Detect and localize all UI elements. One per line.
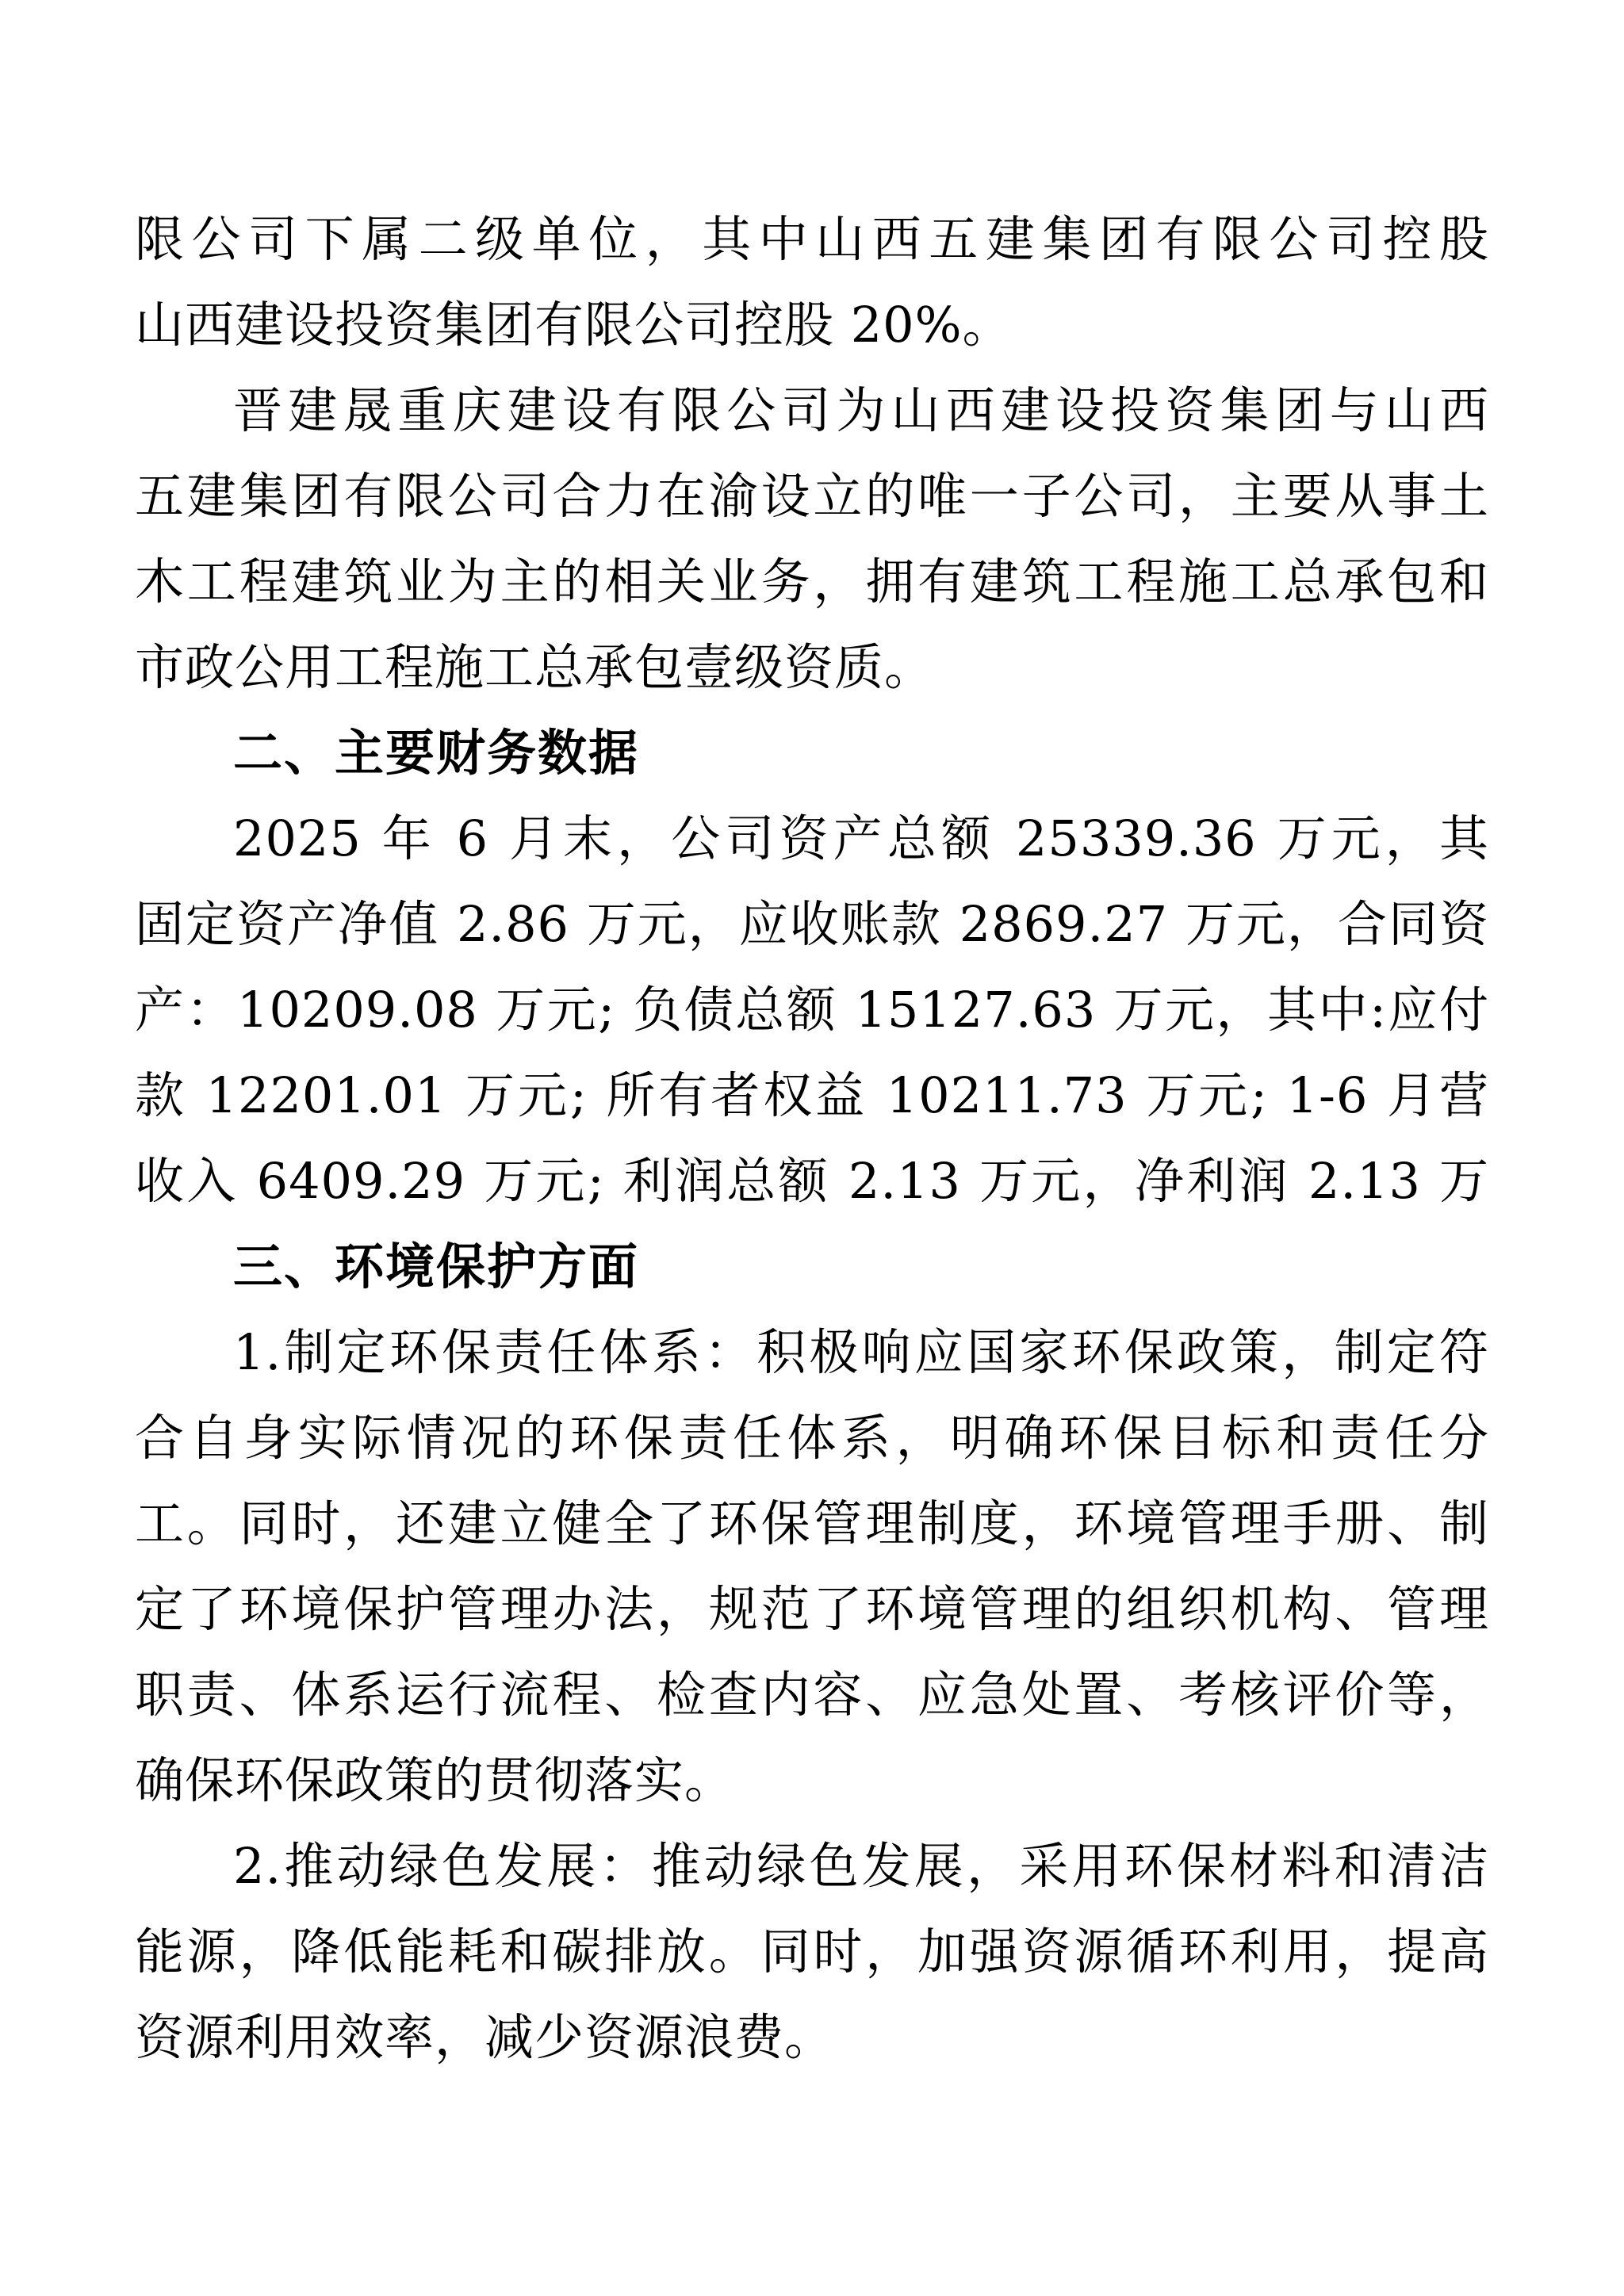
text-line: 五建集团有限公司合力在渝设立的唯一子公司，主要从事土 <box>135 453 1489 539</box>
text-line: 限公司下属二级单位，其中山西五建集团有限公司控股 80%， <box>135 197 1489 282</box>
text-line: 木工程建筑业为主的相关业务，拥有建筑工程施工总承包和 <box>135 539 1489 625</box>
text-line: 市政公用工程施工总承包壹级资质。 <box>135 625 1489 710</box>
text-line: 2025 年 6 月末，公司资产总额 25339.36 万元，其中： <box>135 796 1489 882</box>
text-line: 1.制定环保责任体系：积极响应国家环保政策，制定符 <box>135 1310 1489 1395</box>
text-line: 收入 6409.29 万元; 利润总额 2.13 万元，净利润 2.13 万元。 <box>135 1138 1489 1224</box>
heading-financial-data: 二、主要财务数据 <box>135 710 1489 796</box>
text-line: 款 12201.01 万元; 所有者权益 10211.73 万元; 1-6 月营… <box>135 1053 1489 1138</box>
text-line: 定了环境保护管理办法，规范了环境管理的组织机构、管理 <box>135 1567 1489 1652</box>
paragraph-company-intro: 晋建晟重庆建设有限公司为山西建设投资集团与山西 五建集团有限公司合力在渝设立的唯… <box>135 368 1489 710</box>
paragraph-env-responsibility-system: 1.制定环保责任体系：积极响应国家环保政策，制定符 合自身实际情况的环保责任体系… <box>135 1310 1489 1823</box>
text-line: 确保环保政策的贯彻落实。 <box>135 1738 1489 1823</box>
text-line: 合自身实际情况的环保责任体系，明确环保目标和责任分 <box>135 1395 1489 1481</box>
section-heading: 二、主要财务数据 <box>135 710 1489 796</box>
text-line: 2.推动绿色发展：推动绿色发展，采用环保材料和清洁 <box>135 1823 1489 1909</box>
text-line: 产：10209.08 万元; 负债总额 15127.63 万元，其中:应付账 <box>135 967 1489 1053</box>
paragraph-continuation: 限公司下属二级单位，其中山西五建集团有限公司控股 80%， 山西建设投资集团有限… <box>135 197 1489 368</box>
text-line: 晋建晟重庆建设有限公司为山西建设投资集团与山西 <box>135 368 1489 453</box>
paragraph-green-development: 2.推动绿色发展：推动绿色发展，采用环保材料和清洁 能源，降低能耗和碳排放。同时… <box>135 1823 1489 2080</box>
text-line: 能源，降低能耗和碳排放。同时，加强资源循环利用，提高 <box>135 1909 1489 1995</box>
document-page: 限公司下属二级单位，其中山西五建集团有限公司控股 80%， 山西建设投资集团有限… <box>0 0 1624 2296</box>
heading-environmental-protection: 三、环境保护方面 <box>135 1224 1489 1310</box>
paragraph-financial-data: 2025 年 6 月末，公司资产总额 25339.36 万元，其中： 固定资产净… <box>135 796 1489 1224</box>
text-line: 资源利用效率，减少资源浪费。 <box>135 1995 1489 2080</box>
text-line: 山西建设投资集团有限公司控股 20%。 <box>135 282 1489 368</box>
text-line: 固定资产净值 2.86 万元，应收账款 2869.27 万元，合同资 <box>135 882 1489 967</box>
section-heading: 三、环境保护方面 <box>135 1224 1489 1310</box>
text-line: 工。同时，还建立健全了环保管理制度，环境管理手册、制 <box>135 1481 1489 1567</box>
text-line: 职责、体系运行流程、检查内容、应急处置、考核评价等， <box>135 1652 1489 1738</box>
